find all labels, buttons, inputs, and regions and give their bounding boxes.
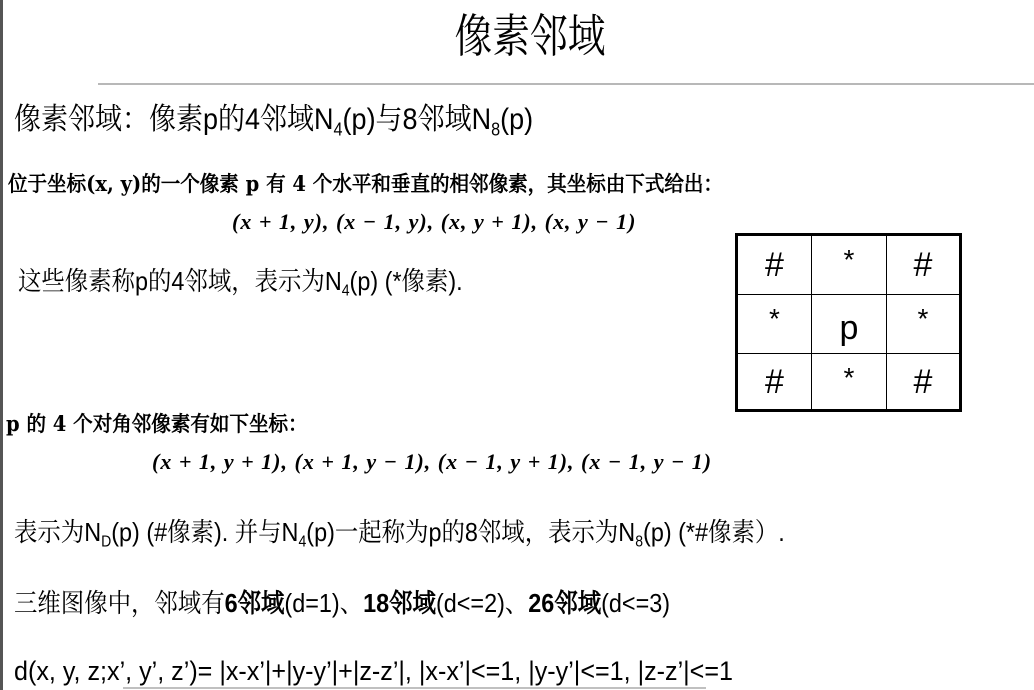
four-neighbor-notation: 这些像素称p的4邻域，表示为N4(p) (*像素). <box>18 264 463 298</box>
three-d-neighborhoods: 三维图像中，邻域有6邻域(d=1)、18邻域(d<=2)、26邻域(d<=3) <box>14 586 670 620</box>
notation-text: (p) (*像素). <box>350 266 463 296</box>
three-d-text: (d<=2)、 <box>436 588 528 618</box>
three-d-bold: 6邻域 <box>225 588 285 618</box>
three-d-text: 三维图像中，邻域有 <box>14 588 225 618</box>
grid-cell-diagonal: # <box>887 236 959 295</box>
grid-cell-four-neighbor: * <box>812 354 887 409</box>
grid-cell-four-neighbor: * <box>812 236 887 295</box>
grid-cell-diagonal: # <box>738 236 812 295</box>
four-neighbor-definition: 位于坐标(x, y)的一个像素 p 有 4 个水平和垂直的相邻像素，其坐标由下式… <box>8 170 723 198</box>
title-divider <box>98 83 1034 85</box>
heading-text: (p) <box>500 103 533 136</box>
grid-cell-diagonal: # <box>887 354 959 409</box>
grid-cell-center-pixel: p <box>812 295 887 354</box>
slide-title: 像素邻域 <box>95 6 964 66</box>
eight-neighbor-notation: 表示为ND(p) (#像素). 并与N4(p)一起称为p的8邻域，表示为N8(p… <box>14 515 785 549</box>
notation-text: (p) (*#像素）. <box>643 517 785 547</box>
grid-cell-four-neighbor: * <box>887 295 959 354</box>
grid-cell-diagonal: # <box>738 354 812 409</box>
grid-cell-four-neighbor: * <box>738 295 812 354</box>
diagonal-neighbor-definition: p 的 4 个对角邻像素有如下坐标： <box>6 410 308 438</box>
three-d-bold: 18邻域 <box>363 588 436 618</box>
notation-text: (p)一起称为p的8邻域，表示为N <box>306 517 635 547</box>
neighborhood-grid: # * # * p * # * # <box>735 233 962 412</box>
heading-subscript: 4 <box>334 119 343 139</box>
notation-subscript: 4 <box>298 533 306 550</box>
heading-subscript: 8 <box>491 119 500 139</box>
three-d-text: (d=1)、 <box>284 588 363 618</box>
notation-subscript: 8 <box>635 533 643 550</box>
notation-text: 表示为N <box>14 517 101 547</box>
heading-text: 像素邻域：像素p的4邻域N <box>14 103 334 136</box>
notation-text: (p) (#像素). 并与N <box>111 517 298 547</box>
heading-text: (p)与8邻域N <box>343 103 492 136</box>
notation-subscript: D <box>101 533 111 550</box>
diagonal-neighbor-coordinates: (x + 1, y + 1), (x + 1, y − 1), (x − 1, … <box>152 448 712 476</box>
section-heading: 像素邻域：像素p的4邻域N4(p)与8邻域N8(p) <box>14 100 533 140</box>
bottom-divider <box>123 687 706 689</box>
three-d-bold: 26邻域 <box>528 588 601 618</box>
four-neighbor-coordinates: (x + 1, y), (x − 1, y), (x, y + 1), (x, … <box>232 208 636 236</box>
notation-text: 这些像素称p的4邻域，表示为N <box>18 266 342 296</box>
three-d-text: (d<=3) <box>601 588 670 618</box>
distance-formula: d(x, y, z;x’, y’, z’)= |x-x’|+|y-y’|+|z-… <box>14 654 733 688</box>
left-border <box>0 0 3 690</box>
